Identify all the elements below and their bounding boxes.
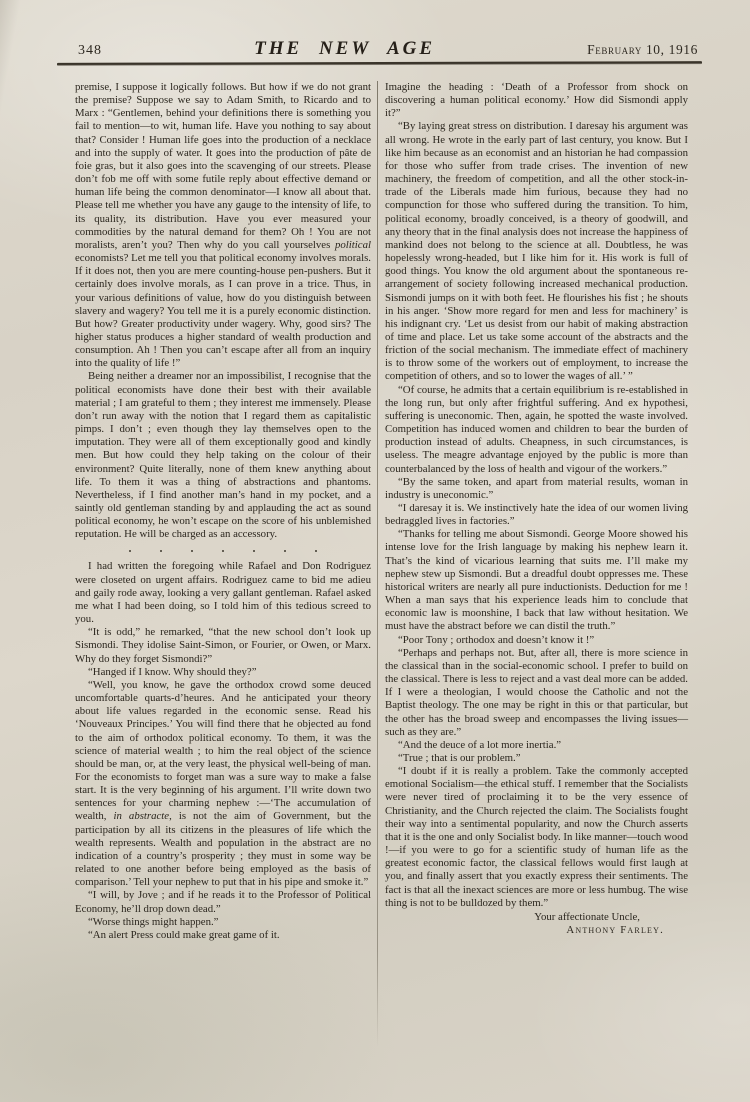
paragraph: “Worse things might happen.” xyxy=(75,916,371,929)
paragraph: “True ; that is our problem.” xyxy=(385,752,688,765)
paragraph: “I doubt if it is really a problem. Take… xyxy=(385,765,688,910)
separator-dot xyxy=(315,550,317,552)
section-separator xyxy=(75,544,371,558)
signature-closing: Your affectionate Uncle, xyxy=(385,911,688,924)
signature-name: Anthony Farley. xyxy=(385,924,688,937)
separator-dot xyxy=(191,550,193,552)
paragraph: “Thanks for telling me about Sismondi. G… xyxy=(385,528,688,633)
issue-date: February 10, 1916 xyxy=(587,42,698,58)
separator-dot xyxy=(284,550,286,552)
column-divider xyxy=(377,81,378,1047)
paragraph: “Poor Tony ; orthodox and doesn’t know i… xyxy=(385,634,688,647)
left-column: premise, I suppose it logically follows.… xyxy=(75,81,371,1081)
paragraph: “It is odd,” he remarked, “that the new … xyxy=(75,626,371,665)
paragraph: “Of course, he admits that a certain equ… xyxy=(385,384,688,476)
header-rule xyxy=(57,61,702,66)
separator-dot xyxy=(253,550,255,552)
paragraph: premise, I suppose it logically follows.… xyxy=(75,81,371,370)
paragraph: Imagine the heading : ‘Death of a Profes… xyxy=(385,81,688,120)
paragraph: “I daresay it is. We instinctively hate … xyxy=(385,502,688,528)
paragraph: “Hanged if I know. Why should they?” xyxy=(75,666,371,679)
paragraph: “An alert Press could make great game of… xyxy=(75,929,371,942)
separator-dot xyxy=(222,550,224,552)
paragraph: “By laying great stress on distribution.… xyxy=(385,120,688,383)
masthead-title: THE NEW AGE xyxy=(254,38,435,60)
paragraph: I had written the foregoing while Rafael… xyxy=(75,560,371,626)
paragraph: “By the same token, and apart from mater… xyxy=(385,476,688,502)
paragraph: “Perhaps and perhaps not. But, after all… xyxy=(385,647,688,739)
paragraph: “And the deuce of a lot more inertia.” xyxy=(385,739,688,752)
separator-dot xyxy=(129,550,131,552)
paragraph: “I will, by Jove ; and if he reads it to… xyxy=(75,889,371,915)
paragraph: Being neither a dreamer nor an impossibi… xyxy=(75,370,371,541)
right-column: Imagine the heading : ‘Death of a Profes… xyxy=(385,81,688,1081)
page-number: 348 xyxy=(78,43,102,59)
page-header: 348 THE NEW AGE February 10, 1916 xyxy=(78,38,698,60)
paragraph: “Well, you know, he gave the orthodox cr… xyxy=(75,679,371,890)
separator-dot xyxy=(160,550,162,552)
text-columns: premise, I suppose it logically follows.… xyxy=(75,81,695,1081)
magazine-page: 348 THE NEW AGE February 10, 1916 premis… xyxy=(0,0,750,1102)
